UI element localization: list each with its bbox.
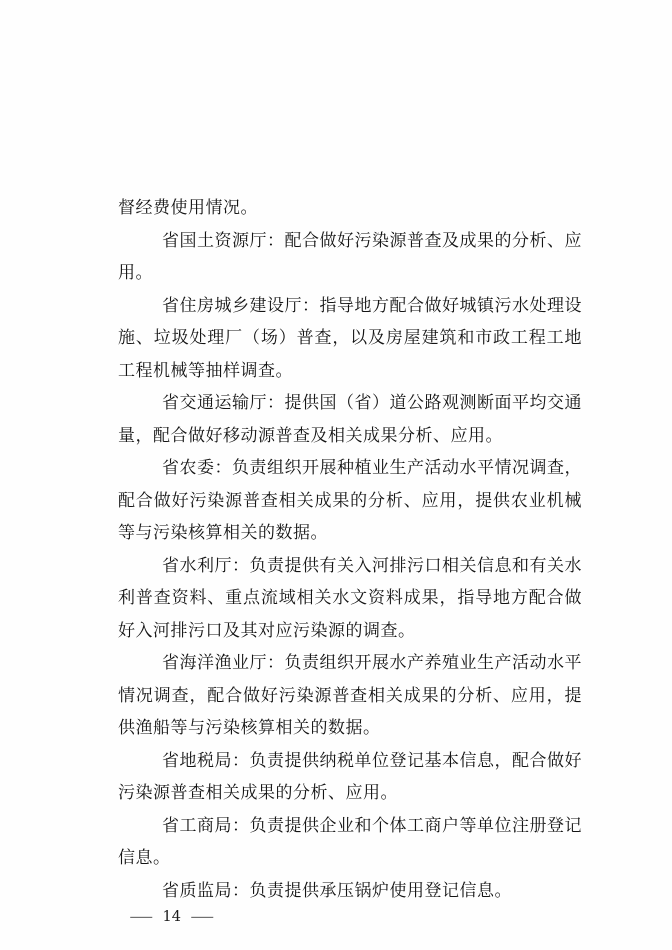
text-line: 污染源普查相关成果的分析、应用。: [118, 777, 582, 810]
text-line: 省工商局：负责提供企业和个体工商户等单位注册登记: [118, 810, 582, 843]
text-line: 省住房城乡建设厅：指导地方配合做好城镇污水处理设: [118, 290, 582, 323]
text-line: 省交通运输厅：提供国（省）道公路观测断面平均交通: [118, 387, 582, 420]
text-line: 好入河排污口及其对应污染源的调查。: [118, 615, 582, 648]
footer-left-dash: —: [130, 904, 152, 930]
text-line: 施、垃圾处理厂（场）普查，以及房屋建筑和市政工程工地: [118, 322, 582, 355]
text-line: 省国土资源厅：配合做好污染源普查及成果的分析、应: [118, 225, 582, 258]
text-line: 工程机械等抽样调查。: [118, 355, 582, 388]
page-footer: — 14 —: [134, 904, 209, 930]
text-line: 督经费使用情况。: [118, 192, 582, 225]
text-line: 省质监局：负责提供承压锅炉使用登记信息。: [118, 875, 582, 908]
text-line: 等与污染核算相关的数据。: [118, 517, 582, 550]
footer-right-dash: —: [191, 904, 213, 930]
document-body: 督经费使用情况。 省国土资源厅：配合做好污染源普查及成果的分析、应 用。 省住房…: [118, 192, 582, 907]
text-line: 利普查资料、重点流域相关水文资料成果，指导地方配合做: [118, 582, 582, 615]
text-line: 省农委：负责组织开展种植业生产活动水平情况调查，: [118, 452, 582, 485]
text-line: 供渔船等与污染核算相关的数据。: [118, 712, 582, 745]
document-page: 督经费使用情况。 省国土资源厅：配合做好污染源普查及成果的分析、应 用。 省住房…: [0, 0, 672, 950]
text-line: 省水利厅：负责提供有关入河排污口相关信息和有关水: [118, 550, 582, 583]
text-line: 用。: [118, 257, 582, 290]
text-line: 信息。: [118, 842, 582, 875]
text-line: 省海洋渔业厅：负责组织开展水产养殖业生产活动水平: [118, 647, 582, 680]
text-line: 情况调查，配合做好污染源普查相关成果的分析、应用，提: [118, 680, 582, 713]
text-line: 省地税局：负责提供纳税单位登记基本信息，配合做好: [118, 745, 582, 778]
page-number: 14: [163, 904, 181, 930]
text-line: 配合做好污染源普查相关成果的分析、应用，提供农业机械: [118, 485, 582, 518]
text-line: 量，配合做好移动源普查及相关成果分析、应用。: [118, 420, 582, 453]
